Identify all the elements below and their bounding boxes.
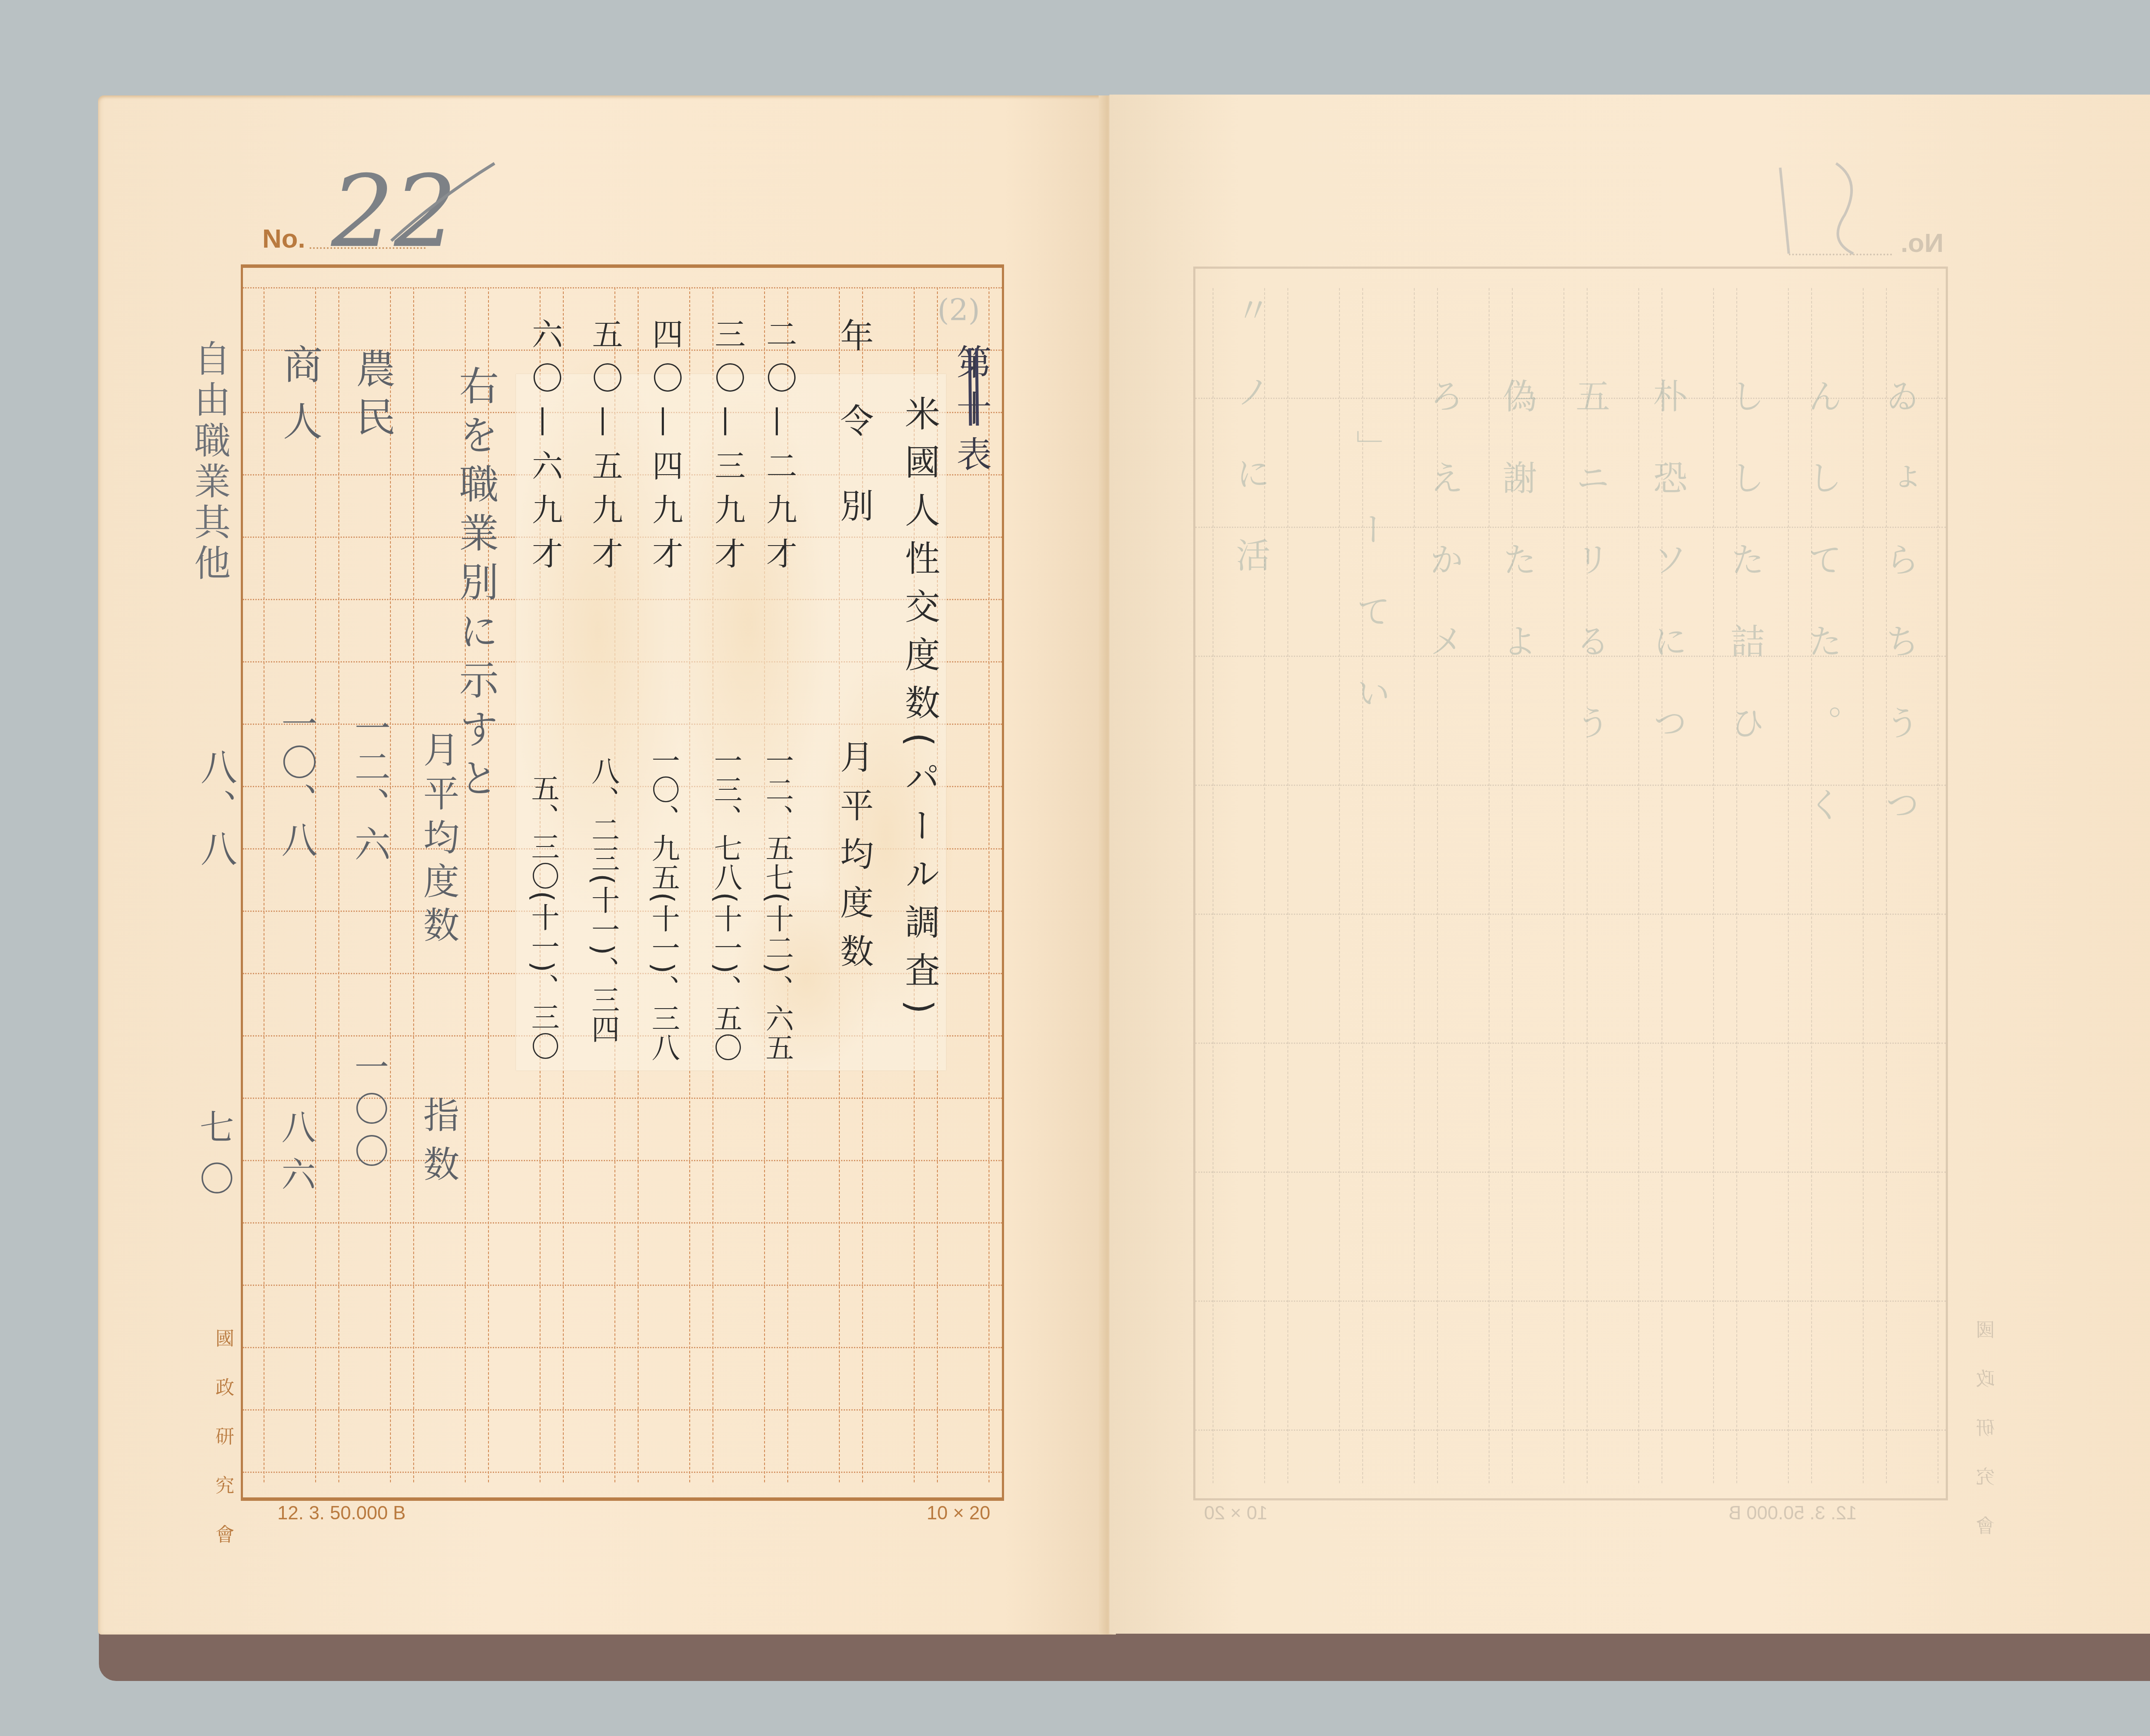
faint-pencil-mark: (2) [937,292,980,328]
farmer-value: 一二、六 [344,709,396,864]
mirrored-page-number-handwritten [1776,146,1875,258]
footer-print-code: 12. 3. 50.000 B [277,1503,405,1524]
showthrough-handwriting: 」ーてい [1346,430,1395,757]
grid-column [338,287,391,1482]
mirrored-footer-code: 12. 3. 50.000 B [1729,1503,1857,1524]
table-row-value: 五、三〇(十一)、三〇 [522,774,563,1061]
table-row-age: 二〇—二九才 [757,318,802,581]
column-header-average: 月平均度数 [830,739,878,982]
mirrored-page-number-label: No. [1901,228,1944,258]
margin-note-value-2: 七〇 [189,1109,239,1212]
showthrough-handwriting: ゐょらちうつ [1875,378,1924,868]
footer-grid-size: 10 × 20 [927,1503,990,1524]
showthrough-handwriting: 偽謝たよ [1492,378,1542,705]
publisher-name: 國政研究會 [210,1328,236,1573]
showthrough-handwriting: 五ニリるう [1565,378,1615,787]
showthrough-handwriting: 朴恐ソにつ [1643,378,1692,787]
table-title: 米國人性交度数(パール調査) [894,396,945,1027]
table-row-value: 一二、五七(十二)、六五 [757,746,798,1062]
table-row-age: 三〇—三九才 [705,318,750,581]
handwritten-line-average: 月平均度数 [413,731,465,950]
margin-note-value-1: 八、八 [189,748,242,871]
showthrough-handwriting: ろえかメ [1419,378,1468,705]
farmer-label: 農民 [344,348,401,445]
merchant-index: 八六 [271,1109,320,1204]
strikethrough-mark [965,344,983,430]
grid-column [264,287,316,1482]
showthrough-handwriting: しした詰ひ [1720,378,1769,787]
showthrough-handwriting: んしてた。く [1797,378,1847,868]
margin-note-category: 自由職業其他 [183,340,235,585]
page-number-label: No. [262,224,305,254]
showthrough-handwriting: 〃ノに活 [1225,292,1275,619]
mirrored-publisher-name: 國政研究會 [1974,1320,2001,1565]
table-row-age: 四〇—四九才 [643,318,688,581]
handwritten-index-label: 指数 [413,1096,465,1194]
table-row-value: 一〇、九五(十一)、三八 [643,746,684,1062]
column-header-age: 年令別 [830,318,878,574]
merchant-value: 一〇、八 [271,705,323,860]
table-row-age: 五〇—五九才 [583,318,627,581]
mirrored-footer-size: 10 × 20 [1204,1503,1268,1524]
table-row-value: 一三、七八(十一)、五〇 [705,746,746,1062]
pencil-slash-mark [387,159,499,245]
table-row-value: 八、二三(十一)、三四 [583,757,623,1044]
table-row-age: 六〇—六九才 [522,318,567,581]
farmer-index: 一〇〇 [344,1049,393,1175]
merchant-label: 商人 [271,344,328,457]
